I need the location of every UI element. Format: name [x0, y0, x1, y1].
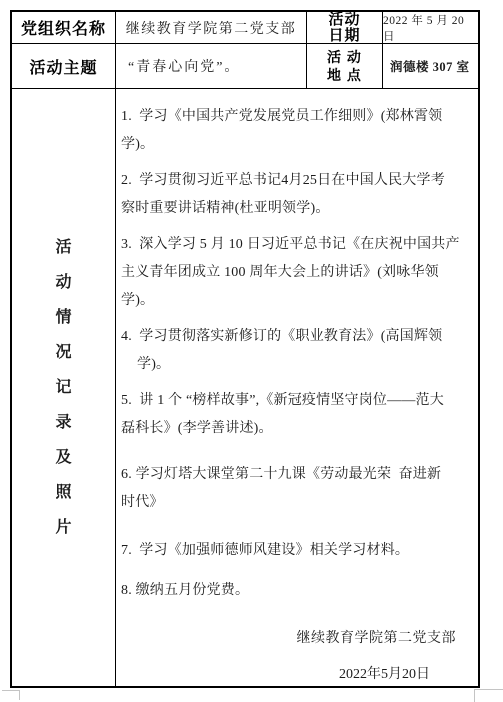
document-page: 党组织名称 继续教育学院第二党支部 活动 日期 2022 年 5 月 20 日 …: [0, 0, 503, 702]
activity-date-label-line1: 活动: [328, 12, 360, 28]
record-item-line: 磊科长》(李学善讲述)。: [121, 415, 474, 443]
side-label-char: 记: [55, 380, 71, 396]
side-label-char: 照: [55, 485, 71, 501]
record-item-line: 学)。: [121, 351, 474, 379]
record-item-line: 学)。: [121, 131, 474, 159]
side-label-char: 情: [55, 310, 71, 326]
activity-record-table: 党组织名称 继续教育学院第二党支部 活动 日期 2022 年 5 月 20 日 …: [10, 10, 480, 688]
activity-date-label-line2: 日期: [328, 28, 360, 44]
record-item-line: 时代》: [121, 489, 474, 517]
side-label-char: 片: [55, 520, 71, 536]
side-label-char: 活: [55, 240, 71, 256]
activity-date-label: 活动 日期: [307, 12, 383, 44]
activity-place-label-line1: 活 动: [327, 48, 362, 66]
activity-date-value: 2022 年 5 月 20 日: [383, 12, 478, 44]
side-label-char: 况: [55, 345, 71, 361]
activity-theme-value: “青春心向党”。: [116, 44, 307, 89]
activity-place-value-text: 润德楼 307 室: [390, 57, 470, 75]
record-side-label-chars: 活动情况记录及照片: [55, 240, 71, 536]
activity-theme-label-text: 活动主题: [29, 55, 97, 78]
record-item-2: 2. 学习贯彻习近平总书记4月25日在中国人民大学考察时重要讲话精神(杜亚明领学…: [121, 167, 474, 223]
org-name-value-text: 继续教育学院第二党支部: [126, 18, 297, 38]
org-name-label: 党组织名称: [12, 12, 116, 44]
record-item-1: 1. 学习《中国共产党发展党员工作细则》(郑林霄领学)。: [121, 103, 474, 159]
activity-place-label-line2: 地 点: [327, 66, 362, 84]
activity-theme-label: 活动主题: [12, 44, 116, 89]
signature-org: 继续教育学院第二党支部: [121, 625, 474, 653]
org-name-label-text: 党组织名称: [21, 16, 106, 39]
activity-theme-value-text: “青春心向党”。: [128, 56, 240, 76]
record-item-line: 察时重要讲话精神(杜亚明领学)。: [121, 195, 474, 223]
record-item-6: 6. 学习灯塔大课堂第二十九课《劳动最光荣 奋进新时代》: [121, 461, 474, 517]
activity-place-value: 润德楼 307 室: [383, 44, 478, 89]
activity-date-value-text: 2022 年 5 月 20 日: [383, 12, 478, 44]
record-item-8: 8. 缴纳五月份党费。: [121, 577, 474, 605]
record-item-line: 6. 学习灯塔大课堂第二十九课《劳动最光荣 奋进新: [121, 461, 474, 489]
record-item-7: 7. 学习《加强师德师风建设》相关学习材料。: [121, 537, 474, 565]
record-item-4: 4. 学习贯彻落实新修订的《职业教育法》(高国辉领学)。: [121, 323, 474, 379]
side-label-char: 及: [55, 450, 71, 466]
activity-place-label: 活 动 地 点: [307, 44, 383, 89]
record-item-line: 8. 缴纳五月份党费。: [121, 577, 474, 605]
org-name-value: 继续教育学院第二党支部: [116, 12, 307, 44]
page-corner-mark-right-icon: [474, 689, 503, 702]
record-item-line: 学)。: [121, 287, 474, 315]
record-content: 1. 学习《中国共产党发展党员工作细则》(郑林霄领学)。2. 学习贯彻习近平总书…: [116, 89, 478, 686]
record-item-line: 2. 学习贯彻习近平总书记4月25日在中国人民大学考: [121, 167, 474, 195]
side-label-char: 录: [55, 415, 71, 431]
record-item-list: 1. 学习《中国共产党发展党员工作细则》(郑林霄领学)。2. 学习贯彻习近平总书…: [121, 103, 474, 605]
record-item-line: 3. 深入学习 5 月 10 日习近平总书记《在庆祝中国共产: [121, 231, 474, 259]
record-item-line: 5. 讲 1 个 “榜样故事”,《新冠疫情坚守岗位——范大: [121, 387, 474, 415]
record-side-label: 活动情况记录及照片: [12, 89, 116, 686]
record-item-3: 3. 深入学习 5 月 10 日习近平总书记《在庆祝中国共产主义青年团成立 10…: [121, 231, 474, 315]
record-item-line: 4. 学习贯彻落实新修订的《职业教育法》(高国辉领: [121, 323, 474, 351]
side-label-char: 动: [55, 275, 71, 291]
record-item-5: 5. 讲 1 个 “榜样故事”,《新冠疫情坚守岗位——范大磊科长》(李学善讲述)…: [121, 387, 474, 443]
page-corner-mark-left-icon: [2, 690, 20, 700]
record-item-line: 7. 学习《加强师德师风建设》相关学习材料。: [121, 537, 474, 565]
record-item-line: 1. 学习《中国共产党发展党员工作细则》(郑林霄领: [121, 103, 474, 131]
record-item-line: 主义青年团成立 100 周年大会上的讲话》(刘咏华领: [121, 259, 474, 287]
signature-date: 2022年5月20日: [121, 661, 474, 686]
